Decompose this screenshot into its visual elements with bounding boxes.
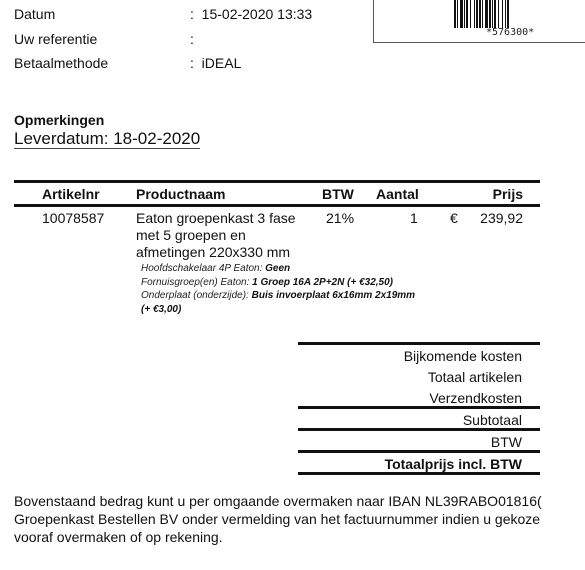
row-vat: 21%	[326, 210, 354, 226]
payment-method-text: iDEAL	[202, 55, 242, 71]
row-options: Hoofdschakelaar 4P Eaton: Geen Fornuisgr…	[141, 262, 416, 316]
total-articles-label: Totaal artikelen	[428, 369, 522, 385]
header-price: Prijs	[493, 186, 523, 202]
table-header-rule	[14, 204, 540, 207]
extra-costs-label: Bijkomende kosten	[404, 348, 522, 364]
barcode-number: *576300*	[486, 27, 534, 38]
header-article: Artikelnr	[42, 186, 100, 202]
row-article: 10078587	[42, 210, 104, 226]
barcode-image	[454, 0, 544, 28]
footer-line: Groepenkast Bestellen BV onder vermeldin…	[14, 510, 585, 528]
vat-label: BTW	[491, 434, 522, 450]
shipping-label: Verzendkosten	[429, 390, 522, 406]
row-currency: €	[450, 210, 458, 226]
reference-value: :	[190, 31, 198, 47]
payment-instructions: Bovenstaand bedrag kunt u per omgaande o…	[14, 492, 585, 546]
option-bottom-plate: Onderplaat (onderzijde): Buis invoerplaa…	[141, 289, 416, 316]
grand-total-rule	[298, 450, 540, 453]
totals-top-rule	[298, 342, 540, 345]
vat-rule	[298, 428, 540, 431]
subtotal-rule	[298, 406, 540, 409]
separator: :	[190, 6, 194, 22]
table-top-rule	[14, 180, 540, 183]
header-qty: Aantal	[376, 186, 419, 202]
date-label: Datum	[14, 6, 55, 22]
separator: :	[190, 31, 194, 47]
date-value: : 15-02-2020 13:33	[190, 6, 312, 22]
remarks-title: Opmerkingen	[14, 112, 104, 128]
separator: :	[190, 55, 194, 71]
reference-label: Uw referentie	[14, 31, 97, 47]
footer-line: vooraf overmaken of op rekening.	[14, 528, 585, 546]
footer-line: Bovenstaand bedrag kunt u per omgaande o…	[14, 492, 585, 510]
payment-method-label: Betaalmethode	[14, 55, 108, 71]
subtotal-label: Subtotaal	[463, 412, 522, 428]
row-qty: 1	[410, 210, 418, 226]
totals-bottom-rule	[298, 472, 540, 475]
row-price: 239,92	[480, 210, 523, 226]
grand-total-label: Totaalprijs incl. BTW	[385, 456, 522, 472]
header-vat: BTW	[322, 186, 354, 202]
delivery-date: Leverdatum: 18-02-2020	[14, 130, 200, 149]
payment-method-value: : iDEAL	[190, 55, 241, 71]
date-text: 15-02-2020 13:33	[202, 6, 313, 22]
barcode-box: *576300*	[373, 0, 585, 43]
header-product: Productnaam	[136, 186, 225, 202]
row-product: Eaton groepenkast 3 fase met 5 groepen e…	[136, 210, 316, 261]
option-cooker-group: Fornuisgroep(en) Eaton: 1 Groep 16A 2P+2…	[141, 276, 416, 290]
option-main-switch: Hoofdschakelaar 4P Eaton: Geen	[141, 262, 416, 276]
